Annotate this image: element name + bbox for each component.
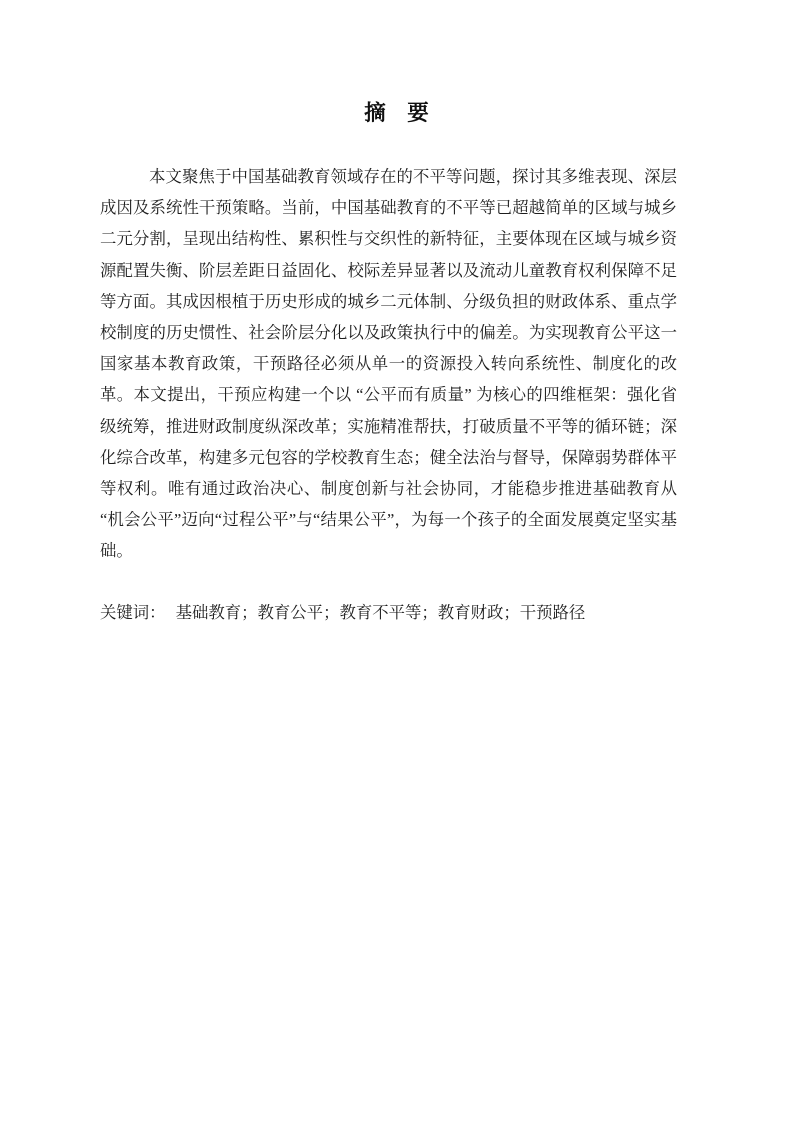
keywords-line: 关键词：基础教育；教育公平；教育不平等；教育财政；干预路径	[100, 597, 677, 628]
keywords-text: 基础教育；教育公平；教育不平等；教育财政；干预路径	[176, 603, 586, 622]
abstract-paragraph: 本文聚焦于中国基础教育领域存在的不平等问题，探讨其多维表现、深层成因及系统性干预…	[100, 161, 677, 567]
document-page: 摘 要 本文聚焦于中国基础教育领域存在的不平等问题，探讨其多维表现、深层成因及系…	[0, 0, 793, 1122]
keywords-label: 关键词：	[100, 603, 166, 622]
abstract-title: 摘 要	[0, 0, 793, 127]
